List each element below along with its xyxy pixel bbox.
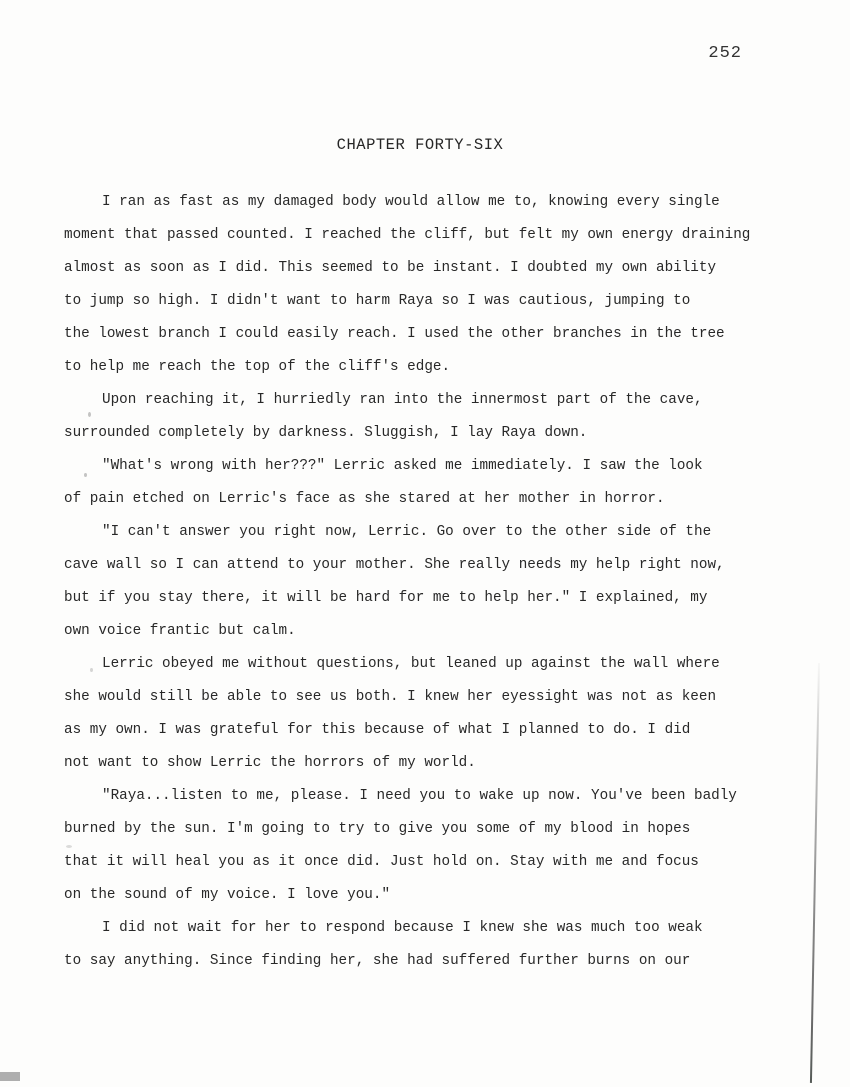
paragraph: "What's wrong with her???" Lerric asked … <box>64 450 794 516</box>
text-line: surrounded completely by darkness. Slugg… <box>64 417 794 450</box>
text-line: on the sound of my voice. I love you." <box>64 879 794 912</box>
body-text: I ran as fast as my damaged body would a… <box>64 186 794 978</box>
text-line: burned by the sun. I'm going to try to g… <box>64 813 794 846</box>
page-number: 252 <box>708 44 742 63</box>
text-line: that it will heal you as it once did. Ju… <box>64 846 794 879</box>
text-line: of pain etched on Lerric's face as she s… <box>64 483 794 516</box>
text-line: "What's wrong with her???" Lerric asked … <box>64 450 794 483</box>
text-line: own voice frantic but calm. <box>64 615 794 648</box>
paragraph: "Raya...listen to me, please. I need you… <box>64 780 794 912</box>
scan-artifact-band-notch <box>0 1072 20 1081</box>
text-line: "Raya...listen to me, please. I need you… <box>64 780 794 813</box>
text-line: I ran as fast as my damaged body would a… <box>64 186 794 219</box>
paragraph: Upon reaching it, I hurriedly ran into t… <box>64 384 794 450</box>
text-line: moment that passed counted. I reached th… <box>64 219 794 252</box>
text-line: as my own. I was grateful for this becau… <box>64 714 794 747</box>
text-line: "I can't answer you right now, Lerric. G… <box>64 516 794 549</box>
paragraph: "I can't answer you right now, Lerric. G… <box>64 516 794 648</box>
text-line: cave wall so I can attend to your mother… <box>64 549 794 582</box>
scan-artifact-bottom-band <box>0 1076 538 1087</box>
paragraph: Lerric obeyed me without questions, but … <box>64 648 794 780</box>
text-line: not want to show Lerric the horrors of m… <box>64 747 794 780</box>
text-line: the lowest branch I could easily reach. … <box>64 318 794 351</box>
text-line: but if you stay there, it will be hard f… <box>64 582 794 615</box>
text-line: to jump so high. I didn't want to harm R… <box>64 285 794 318</box>
scan-speck <box>66 845 72 848</box>
paragraph: I ran as fast as my damaged body would a… <box>64 186 794 384</box>
scan-speck <box>88 412 91 417</box>
text-line: I did not wait for her to respond becaus… <box>64 912 794 945</box>
text-line: almost as soon as I did. This seemed to … <box>64 252 794 285</box>
text-line: she would still be able to see us both. … <box>64 681 794 714</box>
text-line: to say anything. Since finding her, she … <box>64 945 794 978</box>
manuscript-page: 252 CHAPTER FORTY-SIX I ran as fast as m… <box>0 0 850 1087</box>
text-line: to help me reach the top of the cliff's … <box>64 351 794 384</box>
scan-speck <box>84 473 87 477</box>
scan-speck <box>90 668 93 672</box>
chapter-title: CHAPTER FORTY-SIX <box>70 136 770 154</box>
text-line: Lerric obeyed me without questions, but … <box>64 648 794 681</box>
text-line: Upon reaching it, I hurriedly ran into t… <box>64 384 794 417</box>
scan-artifact-right-hairline <box>810 663 820 1083</box>
paragraph: I did not wait for her to respond becaus… <box>64 912 794 978</box>
